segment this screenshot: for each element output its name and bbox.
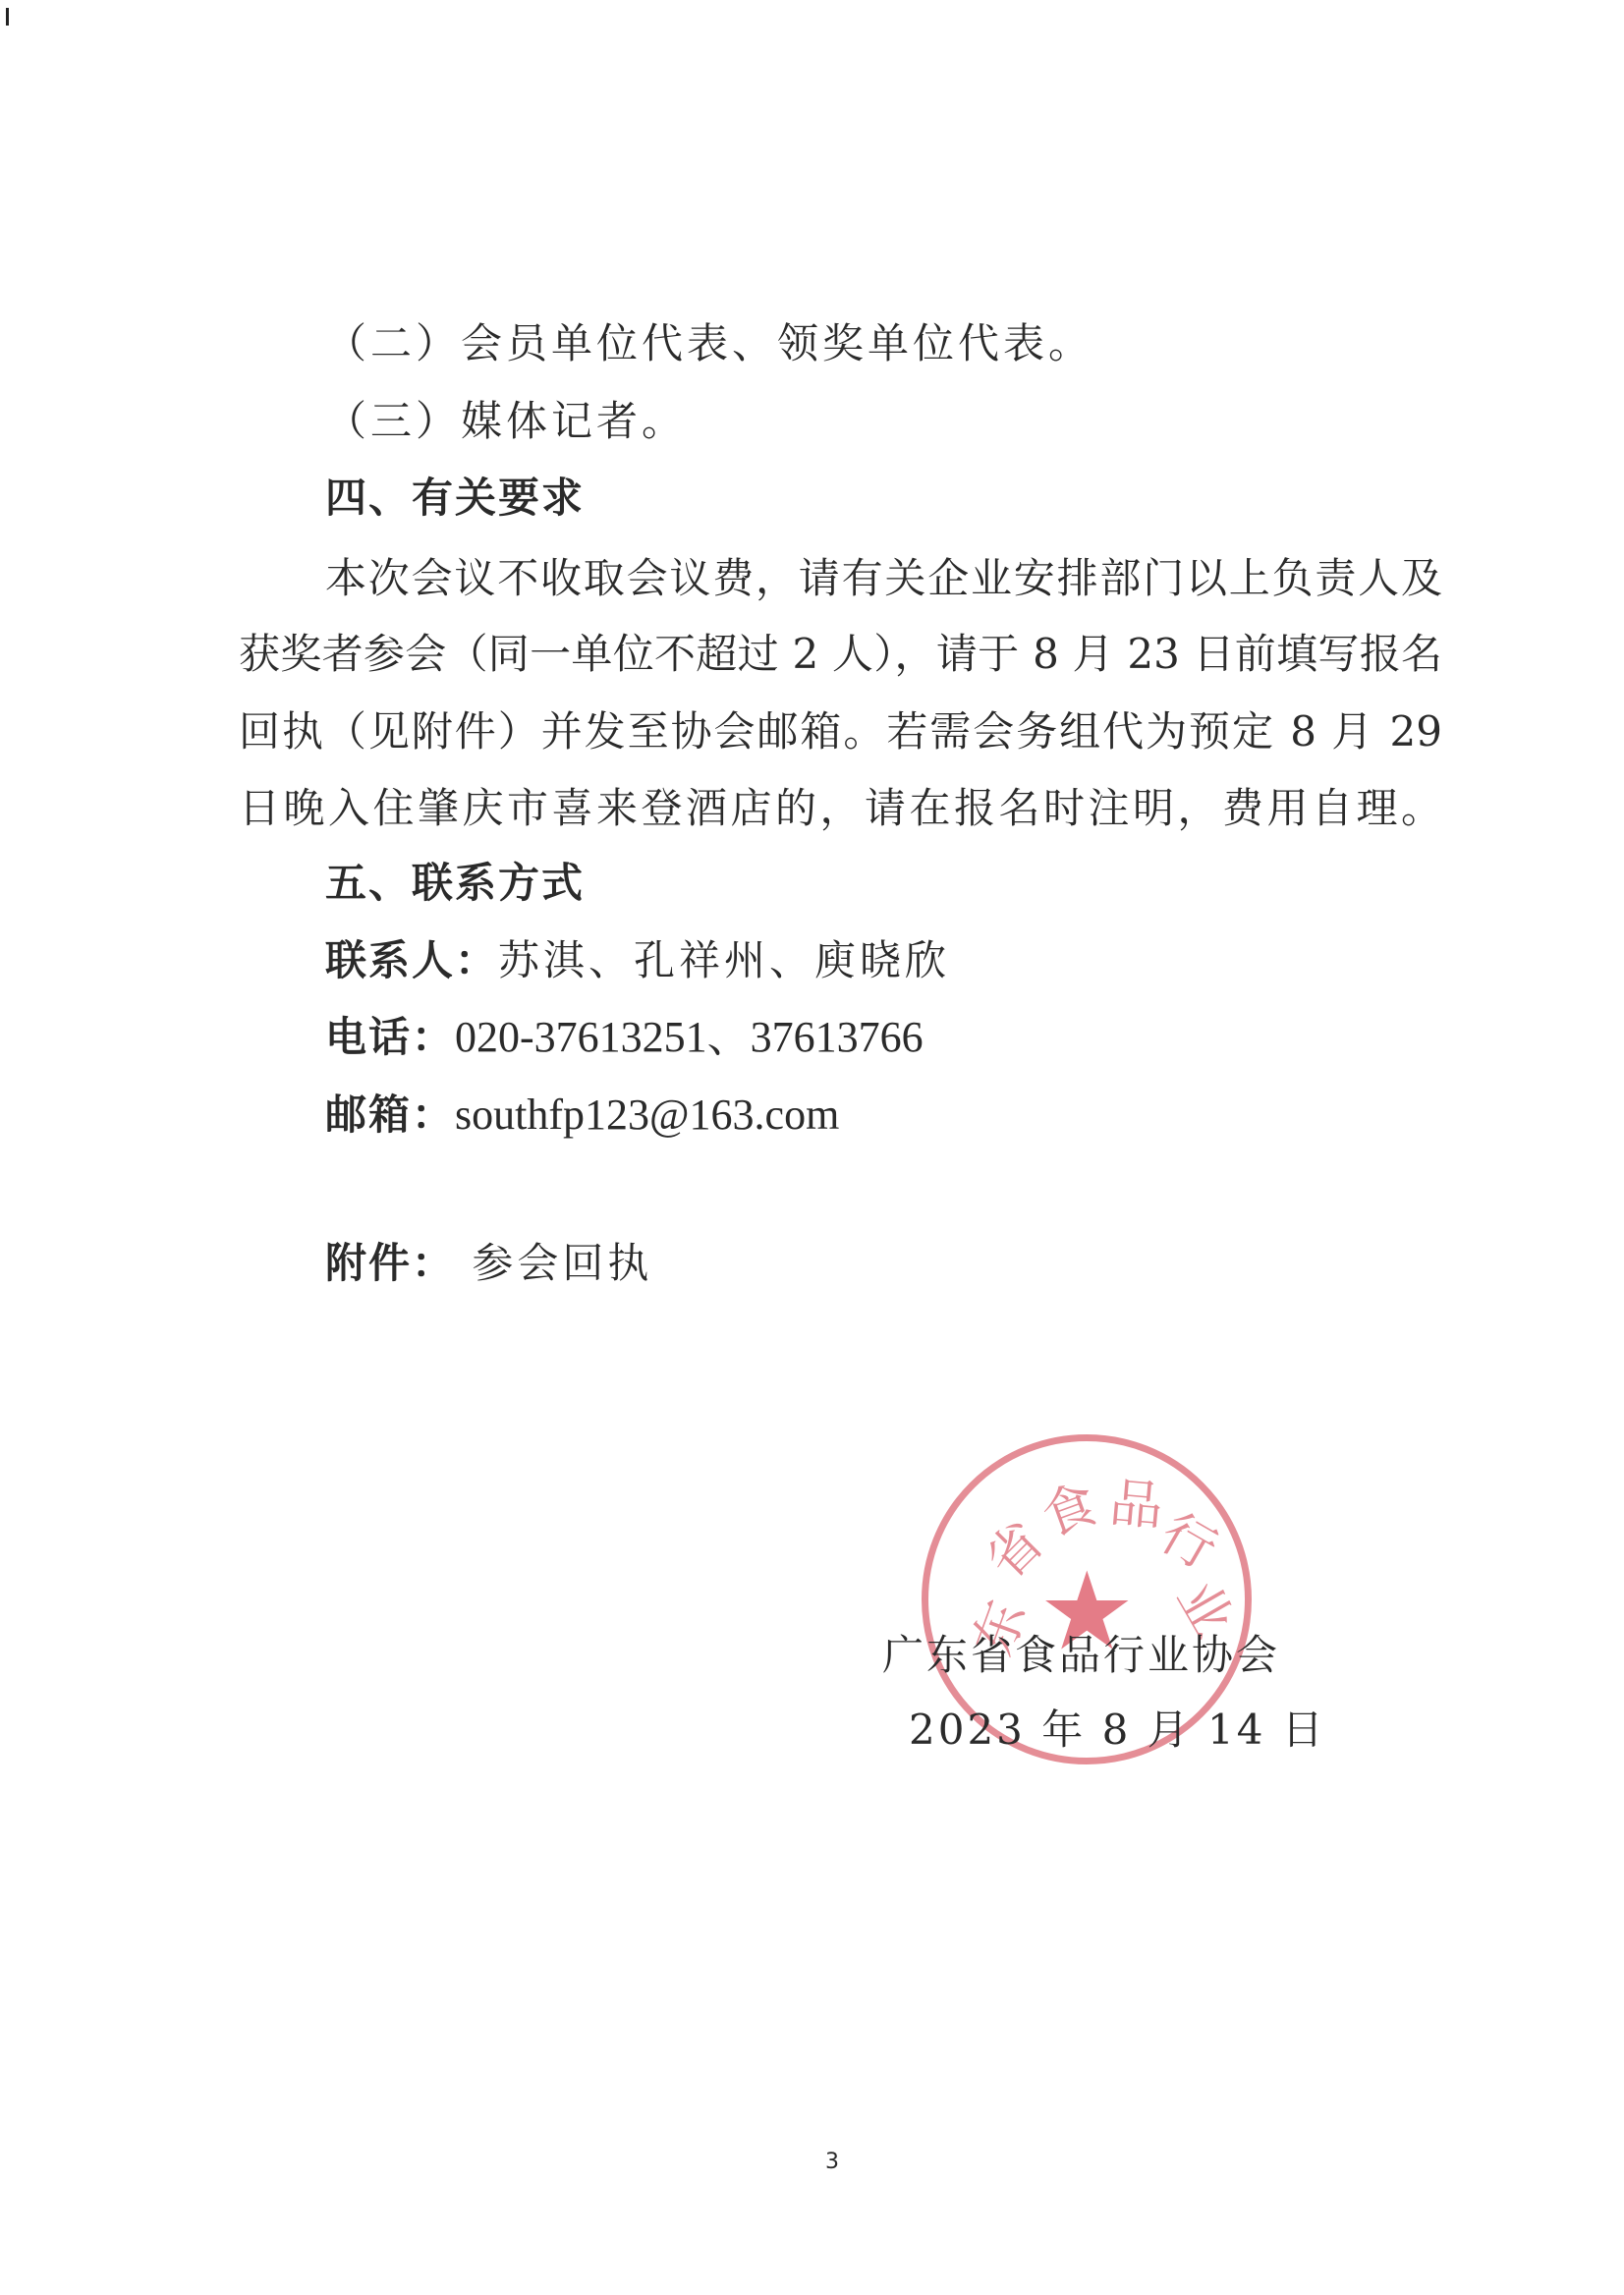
signature-date: 2023 年 8 月 14 日	[909, 1698, 1326, 1757]
section-heading-4: 四、有关要求	[325, 469, 585, 528]
paragraph-line-1: 本次会议不收取会议费，请有关企业安排部门以上负责人及	[325, 549, 1442, 608]
attachment-line: 附件： 参会回执	[325, 1234, 652, 1293]
signature-org: 广东省食品行业协会	[882, 1623, 1280, 1682]
attachment-label: 附件：	[325, 1239, 455, 1287]
contact-person-value: 苏淇、孔祥州、庾晓欣	[498, 936, 950, 984]
attachment-value: 参会回执	[472, 1239, 652, 1287]
contact-phone-label: 电话：	[325, 1013, 455, 1061]
page-number: 3	[825, 2150, 839, 2174]
section-heading-5: 五、联系方式	[325, 854, 585, 913]
contact-email: 邮箱：southfp123@163.com	[325, 1086, 839, 1145]
contact-email-label: 邮箱：	[325, 1091, 455, 1139]
contact-person: 联系人：苏淇、孔祥州、庾晓欣	[325, 931, 950, 990]
contact-person-label: 联系人：	[325, 936, 498, 984]
contact-phone: 电话：020-37613251、37613766	[325, 1008, 924, 1067]
seal-char: 品	[1107, 1461, 1167, 1540]
list-item-2: （二）会员单位代表、领奖单位代表。	[325, 314, 1093, 373]
contact-phone-value: 020-37613251、37613766	[455, 1013, 924, 1061]
contact-email-value[interactable]: southfp123@163.com	[455, 1091, 839, 1139]
scan-mark	[6, 8, 9, 26]
paragraph-line-2: 获奖者参会（同一单位不超过 2 人），请于 8 月 23 日前填写报名	[239, 625, 1442, 684]
paragraph-line-3: 回执（见附件）并发至协会邮箱。若需会务组代为预定 8 月 29	[239, 702, 1442, 761]
paragraph-line-4: 日晚入住肇庆市喜来登酒店的，请在报名时注明，费用自理。	[239, 779, 1442, 838]
list-item-3: （三）媒体记者。	[325, 392, 687, 451]
seal-char: 食	[1030, 1462, 1105, 1551]
